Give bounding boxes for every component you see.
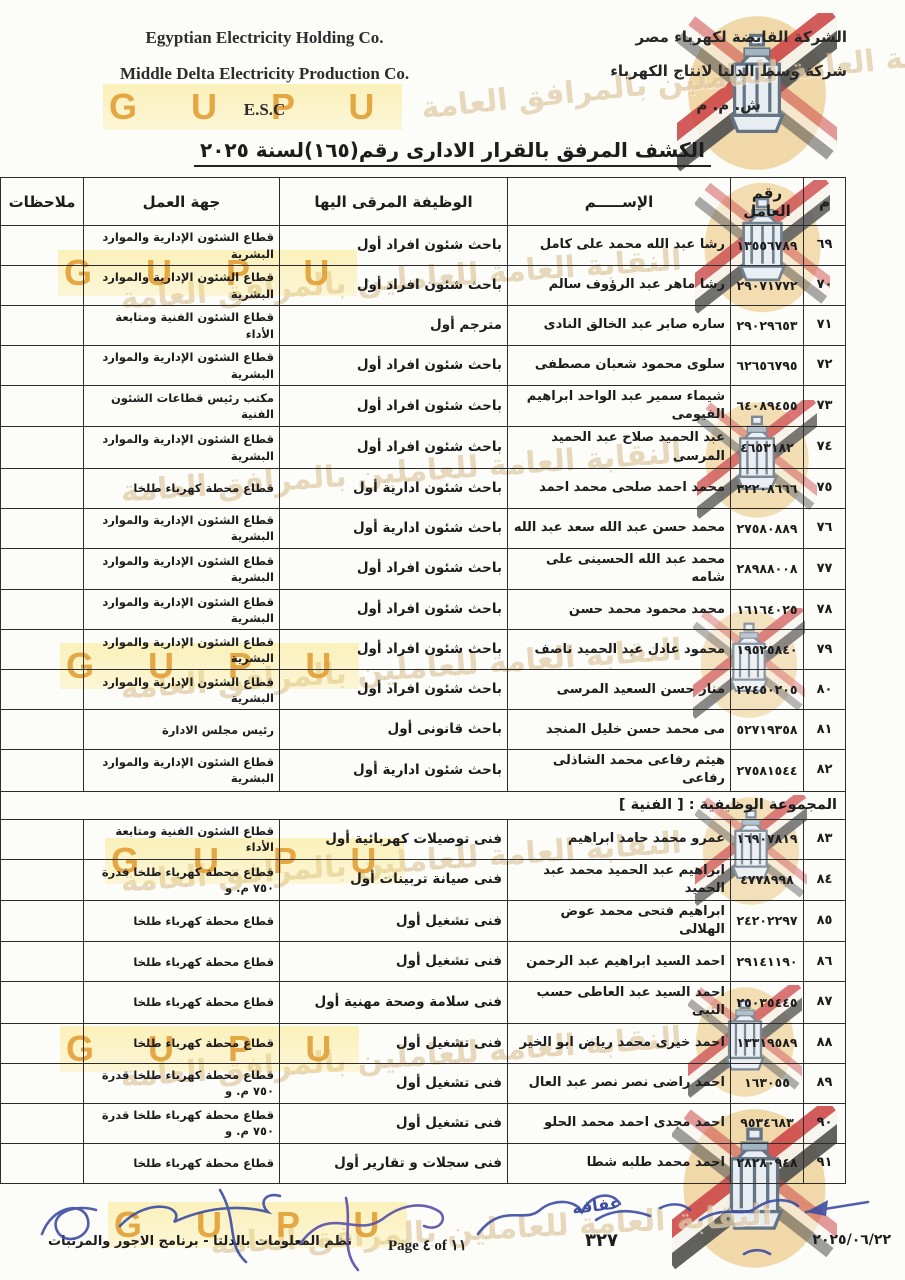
section-label: المجموعة الوظيفية : [ الفنية ] [1, 791, 846, 819]
table-header-row: م رقم العامل الإســـــم الوظيفة المرقى ا… [1, 178, 846, 226]
table-row: ٨٠٢٧٤٥٠٢٠٥منار حسن السعيد المرسىباحث شئو… [1, 670, 846, 710]
page-footer: نظم المعلومات بالدلتا - برنامج الاجور وا… [0, 1222, 905, 1280]
company-en-line1: Egyptian Electricity Holding Co. [120, 28, 409, 48]
company-ar-line3: ش. م. م [610, 96, 847, 114]
cell-department: قطاع محطة كهرباء طلخا [84, 942, 280, 982]
cell-position: فنى توصيلات كهربائية أول [280, 819, 508, 859]
cell-position: باحث شئون افراد أول [280, 266, 508, 306]
cell-name: رشا عبد الله محمد على كامل [508, 226, 731, 266]
cell-index: ٨٢ [804, 750, 846, 791]
cell-index: ٧٨ [804, 590, 846, 630]
cell-notes [1, 1023, 84, 1063]
footer-date: ٢٠٢٥/٠٦/٢٢ [812, 1232, 891, 1248]
cell-department: رئيس مجلس الادارة [84, 710, 280, 750]
cell-department: قطاع محطة كهرباء طلخا [84, 982, 280, 1023]
cell-department: قطاع الشئون الإدارية والموارد البشرية [84, 670, 280, 710]
cell-employee-no: ٢٨٩٨٨٠٠٨ [731, 548, 804, 589]
cell-employee-no: ٢٧٥٨٠٨٨٩ [731, 508, 804, 548]
cell-employee-no: ٢٩٠٧١٧٧٢ [731, 266, 804, 306]
cell-name: ساره صابر عبد الخالق النادى [508, 306, 731, 346]
header-department: جهة العمل [84, 178, 280, 226]
cell-name: محمد حسن عبد الله سعد عبد الله [508, 508, 731, 548]
cell-notes [1, 468, 84, 508]
cell-employee-no: ٢٩١٤١١٩٠ [731, 942, 804, 982]
cell-position: فنى تشغيل أول [280, 900, 508, 941]
cell-employee-no: ١٦١٦٤٠٢٥ [731, 590, 804, 630]
page-title: الكشف المرفق بالقرار الادارى رقم(١٦٥)لسن… [194, 138, 711, 167]
cell-position: فنى سجلات و تقارير أول [280, 1143, 508, 1183]
table-row: ٧٢٦٢٦٥٦٧٩٥سلوى محمود شعبان مصطفىباحث شئو… [1, 346, 846, 386]
cell-position: باحث شئون ادارية أول [280, 508, 508, 548]
cell-department: قطاع الشئون الإدارية والموارد البشرية [84, 590, 280, 630]
cell-notes [1, 670, 84, 710]
cell-employee-no: ٢٩٠٢٩٦٥٣ [731, 306, 804, 346]
cell-notes [1, 1143, 84, 1183]
cell-name: محمود عادل عبد الحميد ناصف [508, 630, 731, 670]
cell-notes [1, 630, 84, 670]
cell-name: احمد محمد طلبه شطا [508, 1143, 731, 1183]
cell-department: قطاع الشئون الإدارية والموارد البشرية [84, 226, 280, 266]
table-row: ٩٠٩٥٣٤٦٨٣احمد مجدى احمد محمد الحلوفنى تش… [1, 1103, 846, 1143]
header-position: الوظيفة المرقى اليها [280, 178, 508, 226]
table-row: ٨٩١٦٣٠٥٥احمد راضى نصر نصر عبد العالفنى ت… [1, 1063, 846, 1103]
cell-index: ٧١ [804, 306, 846, 346]
cell-position: باحث شئون افراد أول [280, 670, 508, 710]
table-row: ٨٨١٣٣١٩٥٨٩احمد خيرى محمد رياض ابو الخيرف… [1, 1023, 846, 1063]
cell-position: باحث شئون افراد أول [280, 427, 508, 468]
cell-name: ابراهيم عبد الحميد محمد عبد الحميد [508, 859, 731, 900]
cell-index: ٧٤ [804, 427, 846, 468]
cell-department: قطاع محطة كهرباء طلخا [84, 1023, 280, 1063]
cell-name: مى محمد حسن خليل المنجد [508, 710, 731, 750]
cell-employee-no: ١٣٥٥٦٧٨٩ [731, 226, 804, 266]
cell-index: ٨١ [804, 710, 846, 750]
cell-notes [1, 750, 84, 791]
cell-department: قطاع محطة كهرباء طلخا [84, 1143, 280, 1183]
cell-index: ٦٩ [804, 226, 846, 266]
cell-department: مكتب رئيس قطاعات الشئون الفنية [84, 386, 280, 427]
cell-department: قطاع الشئون الإدارية والموارد البشرية [84, 508, 280, 548]
company-name-arabic: الشركة القابضة لكهرباء مصر شركة وسط الدل… [610, 28, 847, 136]
cell-notes [1, 590, 84, 630]
cell-notes [1, 942, 84, 982]
cell-employee-no: ١٩٥٢٥٨٤٠ [731, 630, 804, 670]
section-row: المجموعة الوظيفية : [ الفنية ] [1, 791, 846, 819]
cell-name: احمد السيد عبد العاطى حسب النبى [508, 982, 731, 1023]
cell-name: ابراهيم فتحى محمد عوض الهلالى [508, 900, 731, 941]
cell-department: قطاع محطة كهرباء طلخا قدرة ٧٥٠ م. و [84, 859, 280, 900]
cell-notes [1, 386, 84, 427]
cell-name: عبد الحميد صلاح عبد الحميد المرسى [508, 427, 731, 468]
cell-index: ٧٩ [804, 630, 846, 670]
cell-notes [1, 306, 84, 346]
company-name-english: Egyptian Electricity Holding Co. Middle … [120, 28, 409, 136]
cell-employee-no: ٢٤٢٠٢٢٩٧ [731, 900, 804, 941]
cell-index: ٨٠ [804, 670, 846, 710]
cell-position: باحث قانونى أول [280, 710, 508, 750]
cell-notes [1, 859, 84, 900]
company-ar-line1: الشركة القابضة لكهرباء مصر [610, 28, 847, 46]
employee-table: م رقم العامل الإســـــم الوظيفة المرقى ا… [0, 177, 846, 1184]
cell-name: احمد خيرى محمد رياض ابو الخير [508, 1023, 731, 1063]
cell-index: ٩١ [804, 1143, 846, 1183]
cell-employee-no: ١٦٣٠٥٥ [731, 1063, 804, 1103]
cell-notes [1, 226, 84, 266]
cell-notes [1, 427, 84, 468]
cell-department: قطاع محطة كهرباء طلخا قدرة ٧٥٠ م. و [84, 1063, 280, 1103]
cell-employee-no: ٤٦٥٣١٨٢ [731, 427, 804, 468]
cell-notes [1, 710, 84, 750]
footer-page-number: Page ٤ of ١١ [388, 1236, 467, 1255]
table-row: ٧٤٤٦٥٣١٨٢عبد الحميد صلاح عبد الحميد المر… [1, 427, 846, 468]
header-index: م [804, 178, 846, 226]
company-ar-line2: شركة وسط الدلتا لانتاج الكهرباء [610, 62, 847, 80]
cell-department: قطاع الشئون الإدارية والموارد البشرية [84, 630, 280, 670]
table-row: ٩١٢٨٢٨٠٩٤٨احمد محمد طلبه شطافنى سجلات و … [1, 1143, 846, 1183]
cell-index: ٨٩ [804, 1063, 846, 1103]
cell-notes [1, 1063, 84, 1103]
header-employee-no: رقم العامل [731, 178, 804, 226]
cell-position: باحث شئون افراد أول [280, 386, 508, 427]
cell-employee-no: ٦٢٦٥٦٧٩٥ [731, 346, 804, 386]
cell-notes [1, 819, 84, 859]
header-name: الإســـــم [508, 178, 731, 226]
cell-position: باحث شئون افراد أول [280, 548, 508, 589]
cell-department: قطاع الشئون الإدارية والموارد البشرية [84, 548, 280, 589]
cell-name: احمد السيد ابراهيم عبد الرحمن [508, 942, 731, 982]
cell-department: قطاع محطة كهرباء طلخا قدرة ٧٥٠ م. و [84, 1103, 280, 1143]
cell-employee-no: ٢٧٤٥٠٢٠٥ [731, 670, 804, 710]
footer-sheet-number: ٣٢٧ [585, 1230, 618, 1251]
cell-index: ٧٧ [804, 548, 846, 589]
cell-index: ٨٥ [804, 900, 846, 941]
table-row: ٧٣٦٤٠٨٩٤٥٥شيماء سمير عبد الواحد ابراهيم … [1, 386, 846, 427]
cell-position: باحث شئون افراد أول [280, 226, 508, 266]
table-row: ٨١٥٢٧١٩٣٥٨مى محمد حسن خليل المنجدباحث قا… [1, 710, 846, 750]
cell-position: فنى تشغيل أول [280, 1023, 508, 1063]
cell-employee-no: ٣٢٢٠٨٦٦٦ [731, 468, 804, 508]
cell-index: ٨٣ [804, 819, 846, 859]
cell-employee-no: ٦٤٠٨٩٤٥٥ [731, 386, 804, 427]
cell-index: ٨٨ [804, 1023, 846, 1063]
table-row: ٨٣١٦٩٠٧٨١٩عمرو محمد حامد ابراهيمفنى توصي… [1, 819, 846, 859]
cell-index: ٧٣ [804, 386, 846, 427]
header-notes: ملاحظات [1, 178, 84, 226]
cell-notes [1, 1103, 84, 1143]
table-row: ٨٤٤٧٧٨٩٩٨ابراهيم عبد الحميد محمد عبد الح… [1, 859, 846, 900]
cell-position: مترجم أول [280, 306, 508, 346]
cell-employee-no: ٩٥٣٤٦٨٣ [731, 1103, 804, 1143]
cell-department: قطاع الشئون الإدارية والموارد البشرية [84, 346, 280, 386]
cell-employee-no: ٢٨٢٨٠٩٤٨ [731, 1143, 804, 1183]
cell-position: فنى صيانة تربينات أول [280, 859, 508, 900]
cell-name: احمد مجدى احمد محمد الحلو [508, 1103, 731, 1143]
cell-name: منار حسن السعيد المرسى [508, 670, 731, 710]
cell-department: قطاع الشئون الإدارية والموارد البشرية [84, 427, 280, 468]
table-row: ٧٥٣٢٢٠٨٦٦٦محمد احمد صلحى محمد احمدباحث ش… [1, 468, 846, 508]
cell-position: فنى تشغيل أول [280, 1103, 508, 1143]
cell-department: قطاع الشئون الإدارية والموارد البشرية [84, 750, 280, 791]
cell-name: محمد محمود محمد حسن [508, 590, 731, 630]
cell-name: احمد راضى نصر نصر عبد العال [508, 1063, 731, 1103]
handwritten-name: عفافه [571, 1193, 622, 1218]
cell-index: ٧٥ [804, 468, 846, 508]
company-en-line3: E.S.C [120, 100, 409, 120]
table-row: ٨٦٢٩١٤١١٩٠احمد السيد ابراهيم عبد الرحمنف… [1, 942, 846, 982]
employee-table-body: ٦٩١٣٥٥٦٧٨٩رشا عبد الله محمد على كاملباحث… [1, 226, 846, 1184]
cell-department: قطاع الشئون الإدارية والموارد البشرية [84, 266, 280, 306]
cell-department: قطاع الشئون الفنية ومتابعة الأداء [84, 306, 280, 346]
footer-system-label: نظم المعلومات بالدلتا - برنامج الاجور وا… [48, 1234, 352, 1249]
cell-name: سلوى محمود شعبان مصطفى [508, 346, 731, 386]
cell-name: محمد عبد الله الحسينى على شامه [508, 548, 731, 589]
table-row: ٧٠٢٩٠٧١٧٧٢رشا ماهر عبد الرؤوف سالمباحث ش… [1, 266, 846, 306]
cell-index: ٨٧ [804, 982, 846, 1023]
cell-index: ٨٦ [804, 942, 846, 982]
table-row: ٧١٢٩٠٢٩٦٥٣ساره صابر عبد الخالق النادىمتر… [1, 306, 846, 346]
cell-name: عمرو محمد حامد ابراهيم [508, 819, 731, 859]
cell-notes [1, 982, 84, 1023]
cell-position: باحث شئون افراد أول [280, 346, 508, 386]
cell-department: قطاع محطة كهرباء طلخا [84, 468, 280, 508]
table-row: ٧٧٢٨٩٨٨٠٠٨محمد عبد الله الحسينى على شامه… [1, 548, 846, 589]
cell-notes [1, 508, 84, 548]
table-row: ٦٩١٣٥٥٦٧٨٩رشا عبد الله محمد على كاملباحث… [1, 226, 846, 266]
cell-name: محمد احمد صلحى محمد احمد [508, 468, 731, 508]
cell-position: باحث شئون افراد أول [280, 590, 508, 630]
cell-position: باحث شئون ادارية أول [280, 468, 508, 508]
cell-index: ٧٦ [804, 508, 846, 548]
cell-index: ٧٢ [804, 346, 846, 386]
table-row: ٧٨١٦١٦٤٠٢٥محمد محمود محمد حسنباحث شئون ا… [1, 590, 846, 630]
cell-department: قطاع الشئون الفنية ومتابعة الأداء [84, 819, 280, 859]
cell-index: ٧٠ [804, 266, 846, 306]
cell-notes [1, 900, 84, 941]
cell-position: باحث شئون ادارية أول [280, 750, 508, 791]
page-header: Egyptian Electricity Holding Co. Middle … [0, 0, 905, 136]
cell-position: باحث شئون افراد أول [280, 630, 508, 670]
company-en-line2: Middle Delta Electricity Production Co. [120, 64, 409, 84]
cell-position: فنى تشغيل أول [280, 942, 508, 982]
table-row: ٨٥٢٤٢٠٢٢٩٧ابراهيم فتحى محمد عوض الهلالىف… [1, 900, 846, 941]
table-row: ٨٢٢٧٥٨١٥٤٤هيثم رفاعى محمد الشاذلى رفاعىب… [1, 750, 846, 791]
cell-name: شيماء سمير عبد الواحد ابراهيم الفيومى [508, 386, 731, 427]
cell-index: ٨٤ [804, 859, 846, 900]
cell-name: هيثم رفاعى محمد الشاذلى رفاعى [508, 750, 731, 791]
cell-employee-no: ١٦٩٠٧٨١٩ [731, 819, 804, 859]
cell-department: قطاع محطة كهرباء طلخا [84, 900, 280, 941]
cell-position: فنى سلامة وصحة مهنية أول [280, 982, 508, 1023]
cell-notes [1, 548, 84, 589]
cell-employee-no: ٢٧٥٨١٥٤٤ [731, 750, 804, 791]
table-row: ٧٦٢٧٥٨٠٨٨٩محمد حسن عبد الله سعد عبد الله… [1, 508, 846, 548]
cell-position: فنى تشغيل أول [280, 1063, 508, 1103]
cell-notes [1, 266, 84, 306]
cell-name: رشا ماهر عبد الرؤوف سالم [508, 266, 731, 306]
cell-employee-no: ٢٥٠٣٥٤٤٥ [731, 982, 804, 1023]
cell-employee-no: ١٣٣١٩٥٨٩ [731, 1023, 804, 1063]
table-row: ٨٧٢٥٠٣٥٤٤٥احمد السيد عبد العاطى حسب النب… [1, 982, 846, 1023]
cell-index: ٩٠ [804, 1103, 846, 1143]
table-row: ٧٩١٩٥٢٥٨٤٠محمود عادل عبد الحميد ناصفباحث… [1, 630, 846, 670]
cell-employee-no: ٤٧٧٨٩٩٨ [731, 859, 804, 900]
cell-employee-no: ٥٢٧١٩٣٥٨ [731, 710, 804, 750]
cell-notes [1, 346, 84, 386]
